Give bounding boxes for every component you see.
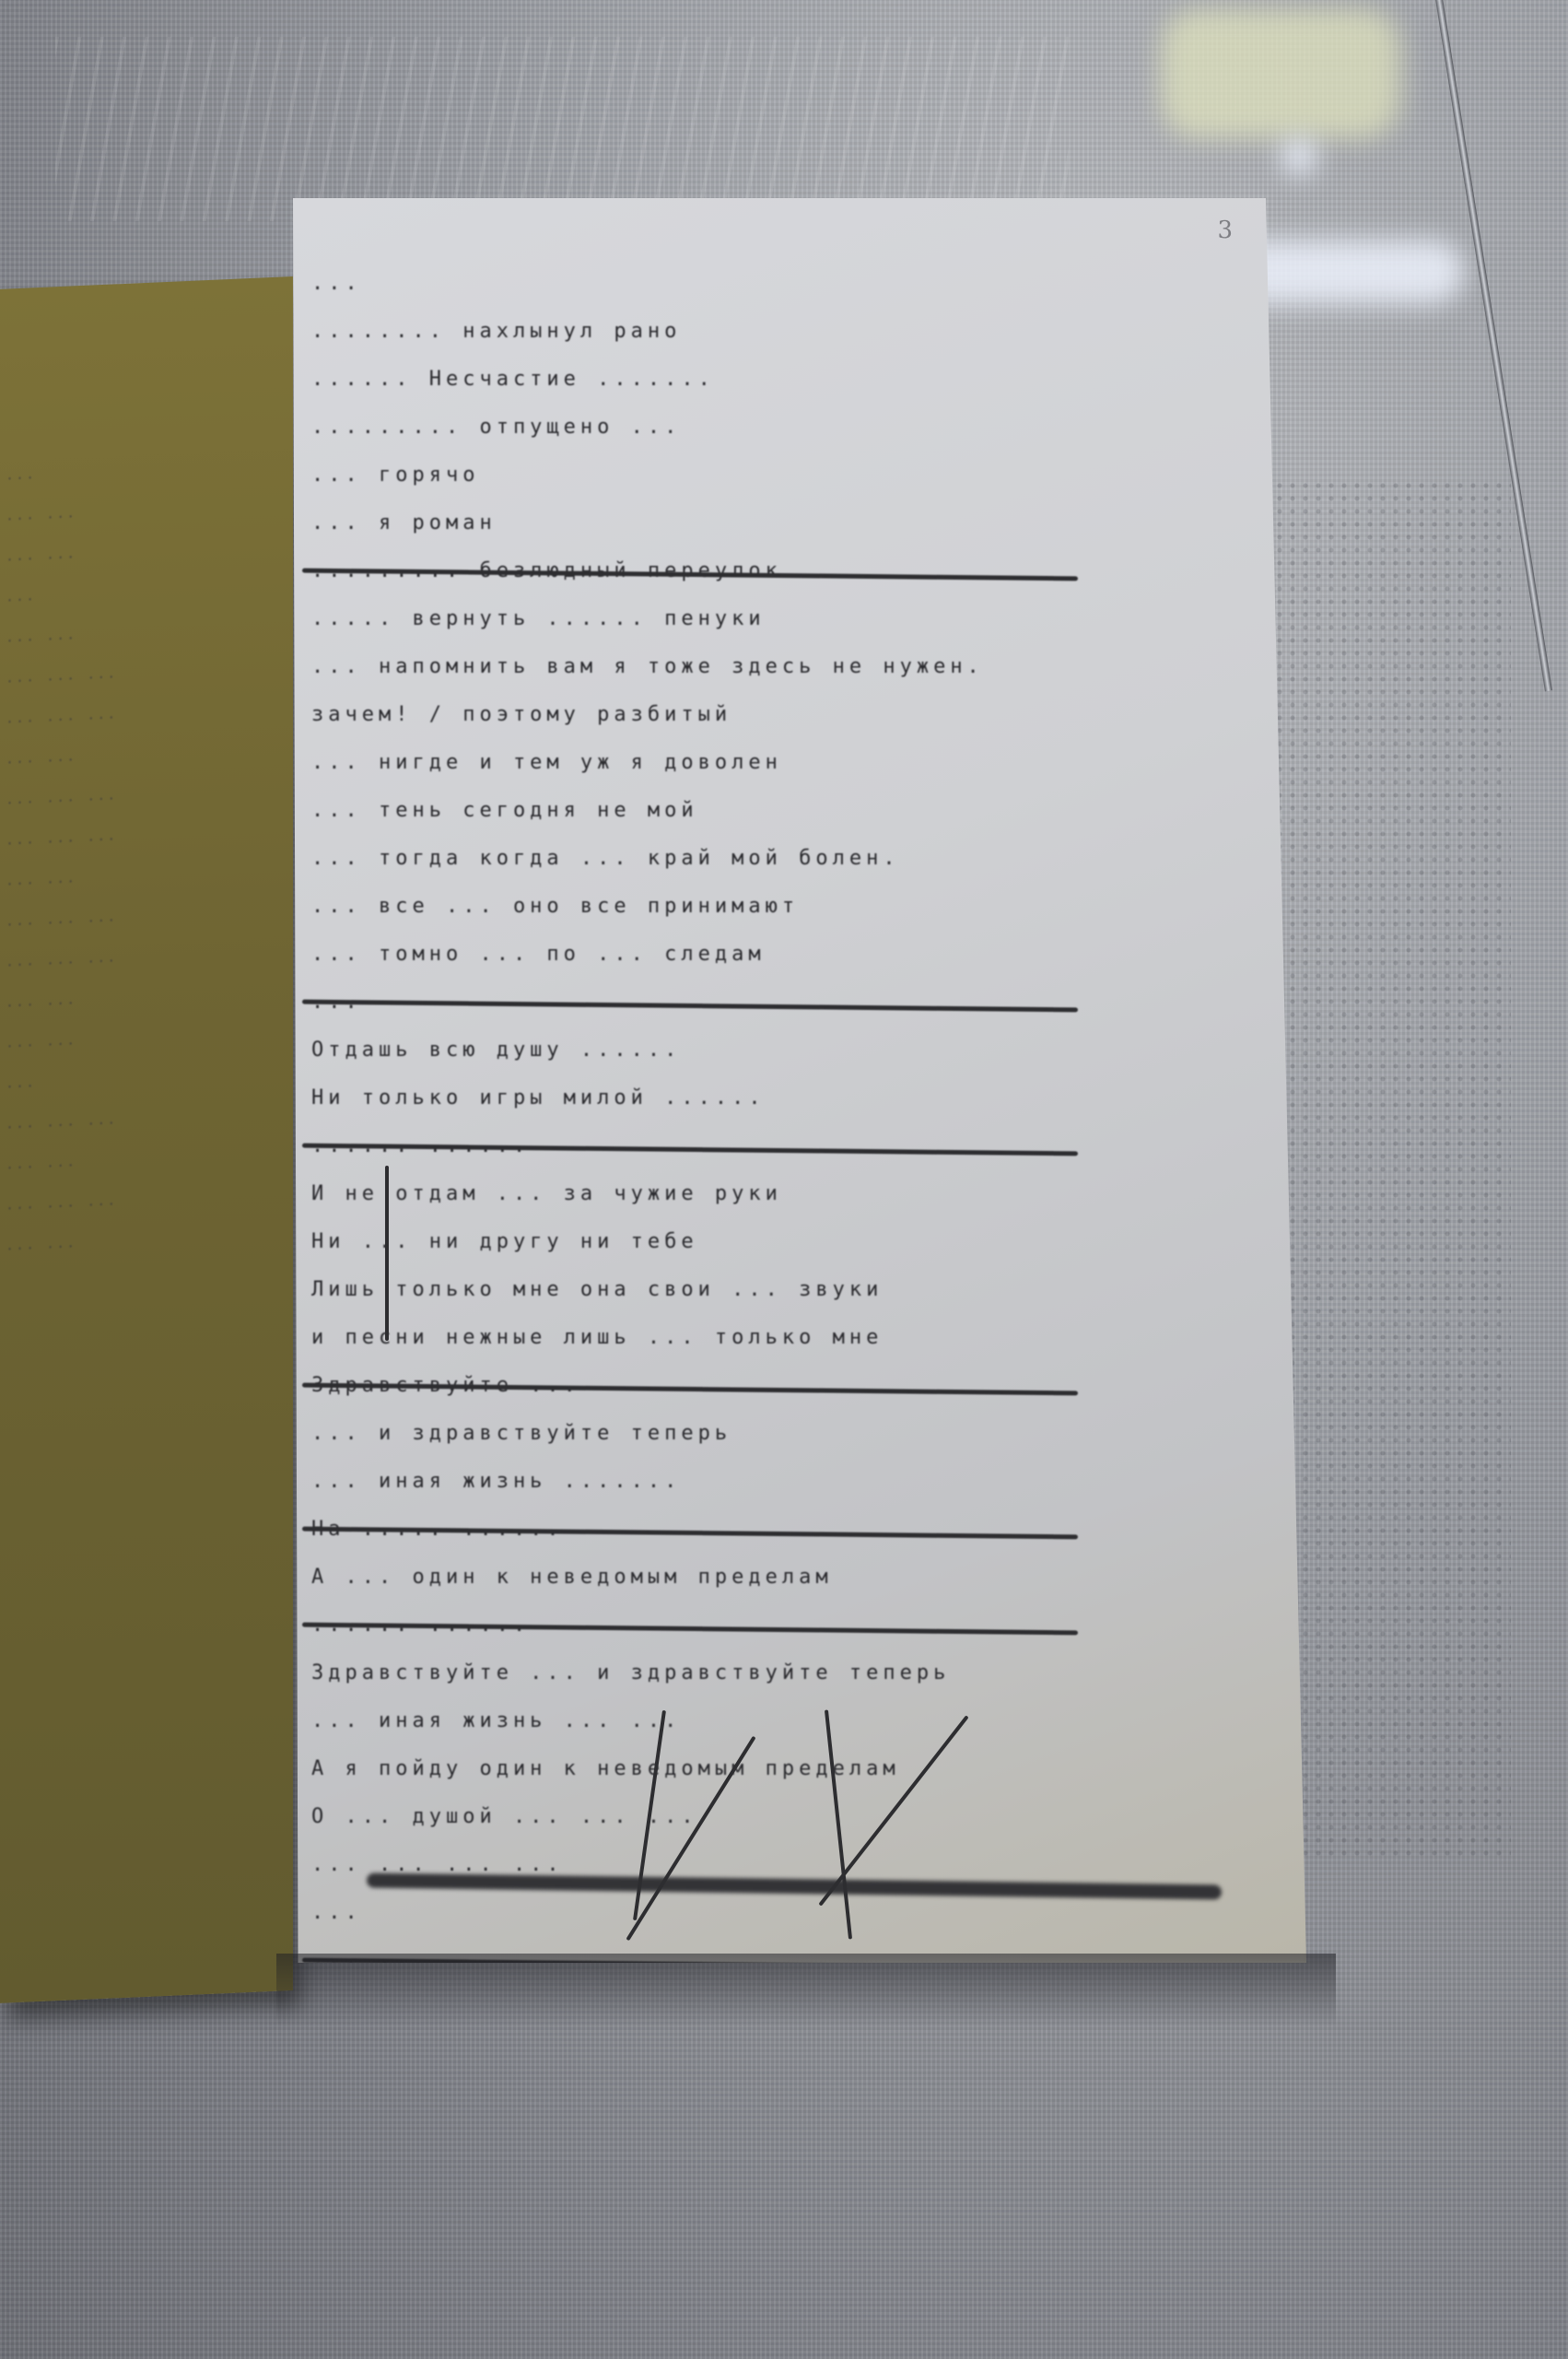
manuscript-text: ... ........ нахлынул рано ...... Несчас… — [311, 272, 1270, 2189]
text-line: ...... Несчастие ....... — [311, 368, 1270, 416]
text-line: и песни нежные лишь ... только мне — [311, 1326, 1270, 1374]
struck-text-line: ...... ...... — [311, 1614, 1270, 1661]
text-line: Здравствуйте ... и здравствуйте теперь — [311, 1661, 1270, 1709]
text-line: ... я роман — [311, 511, 1270, 559]
text-line: Лишь только мне она свои ... звуки — [311, 1278, 1270, 1326]
text-line: Ни только игры милой ...... — [311, 1086, 1270, 1134]
struck-text-line: На ..... ...... — [311, 1518, 1270, 1566]
fabric-weave-pattern — [55, 37, 1069, 221]
text-line: ... и здравствуйте теперь — [311, 1422, 1270, 1470]
glass-reflection — [1281, 138, 1317, 175]
text-line: ... все ... оно все принимают — [311, 895, 1270, 943]
text-line: ... иная жизнь ... ... — [311, 1709, 1270, 1757]
manuscript-page: 3 ... ........ нахлынул рано ...... Несч… — [293, 198, 1306, 1963]
text-line: Ни ... ни другу ни тебе — [311, 1230, 1270, 1278]
text-line: ......... отпущено ... — [311, 416, 1270, 464]
text-line: ... томно ... по ... следам — [311, 943, 1270, 991]
struck-text-line: ...... ...... — [311, 1134, 1270, 1182]
text-line: О ... душой ... ... ... — [311, 1805, 1270, 1853]
text-line: Отдашь всю душу ...... — [311, 1039, 1270, 1086]
yellowed-page: ... ... ... ... ... ... ... ... ... ... … — [0, 276, 293, 2003]
text-line: ... — [311, 272, 1270, 320]
text-line: ... — [311, 1901, 1270, 1949]
pen-stroke — [385, 1166, 389, 1341]
text-line: ... нигде и тем уж я доволен — [311, 751, 1270, 799]
text-line: ... горячо — [311, 464, 1270, 511]
yellowed-page-text: ... ... ... ... ... ... ... ... ... ... … — [6, 443, 282, 1266]
struck-text-line: ... — [311, 991, 1270, 1039]
heavily-struck-line: ... ... ... ... — [311, 1853, 1270, 1901]
text-line: ... тогда когда ... край мой болен. — [311, 847, 1270, 895]
text-line: А ... один к неведомым пределам — [311, 1566, 1270, 1614]
text-line: И не отдам ... за чужие руки — [311, 1182, 1270, 1230]
glass-reflection — [1161, 9, 1400, 138]
text-line: ........ нахлынул рано — [311, 320, 1270, 368]
text-line: зачем! / поэтому разбитый — [311, 703, 1270, 751]
page-shadow — [276, 1954, 1336, 2027]
text-line: А я пойду один к неведомым пределам — [311, 1757, 1270, 1805]
text-line: ... напомнить вам я тоже здесь не нужен. — [311, 655, 1270, 703]
page-number: 3 — [1217, 217, 1233, 244]
struck-text-line: Здравствуйте ... — [311, 1374, 1270, 1422]
text-line: ... тень сегодня не мой — [311, 799, 1270, 847]
struck-text-line: ......... безлюдный переулок — [311, 559, 1270, 607]
text-line: ... иная жизнь ....... — [311, 1470, 1270, 1518]
text-line: ..... вернуть ...... пенуки — [311, 607, 1270, 655]
